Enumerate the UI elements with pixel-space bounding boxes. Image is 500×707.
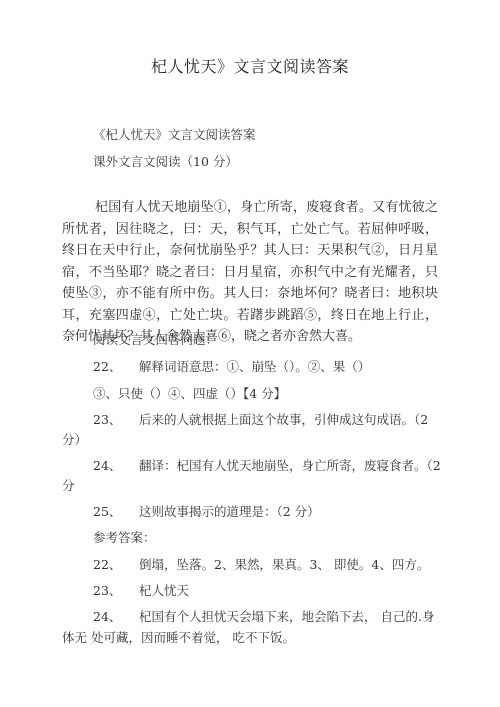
question-25: 25、这则故事揭示的道理是：（2 分） [93, 502, 320, 520]
document-title: 杞人忧天》文言文阅读答案 [0, 54, 500, 77]
document-page: 杞人忧天》文言文阅读答案 《杞人忧天》文言文阅读答案 课外文言文阅读（10 分）… [0, 0, 500, 707]
question-22-continuation: ③、只使（）④、四虚（）【4 分】 [93, 384, 286, 402]
answer-number: 23、 [93, 581, 139, 599]
answer-number: 24、 [93, 607, 139, 625]
question-number: 23、 [93, 410, 139, 428]
reading-instruction: 阅读文言文回答问题： [93, 330, 218, 348]
question-number: 25、 [93, 502, 139, 520]
question-number: 24、 [93, 456, 139, 474]
answer-text: 倒塌，坠落。2、果然，果真。3、 即使。4、四方。 [139, 557, 429, 572]
question-text: 解释词语意思：①、崩坠（）。②、果（） [139, 359, 370, 374]
answer-24: 24、杞国有个人担忧天会塌下来，地会陷下去， 自己的.身 [93, 607, 434, 625]
question-23: 23、后来的人就根据上面这个故事，引伸成这句成语。（2 [93, 410, 428, 428]
answer-text: 杞人忧天 [139, 583, 189, 598]
answer-22: 22、倒塌，坠落。2、果然，果真。3、 即使。4、四方。 [93, 555, 429, 573]
question-24: 24、翻译：杞国有人忧天地崩坠，身亡所寄，废寝食者。（2 [93, 456, 441, 474]
answers-heading: 参考答案： [93, 528, 156, 546]
question-24-continuation: 分 [62, 476, 75, 494]
section-heading: 课外文言文阅读（10 分） [93, 152, 238, 170]
question-23-continuation: 分） [62, 430, 87, 448]
question-text: 这则故事揭示的道理是：（2 分） [139, 504, 320, 519]
question-text: 后来的人就根据上面这个故事，引伸成这句成语。（2 [139, 412, 428, 427]
question-22: 22、解释词语意思：①、崩坠（）。②、果（） [93, 357, 370, 375]
answer-23: 23、杞人忧天 [93, 581, 189, 599]
answer-number: 22、 [93, 555, 139, 573]
question-number: 22、 [93, 357, 139, 375]
answer-24-continuation: 体无 处可藏，因而睡不着觉， 吃不下饭。 [62, 628, 295, 646]
document-subtitle: 《杞人忧天》文言文阅读答案 [93, 125, 256, 143]
passage-text: 杞国有人忧天地崩坠①，身亡所寄，废寝食者。又有忧彼之所忧者，因往晓之，曰：天，积… [62, 197, 438, 348]
question-text: 翻译：杞国有人忧天地崩坠，身亡所寄，废寝食者。（2 [139, 458, 441, 473]
answer-text: 杞国有个人担忧天会塌下来，地会陷下去， 自己的.身 [139, 609, 434, 624]
